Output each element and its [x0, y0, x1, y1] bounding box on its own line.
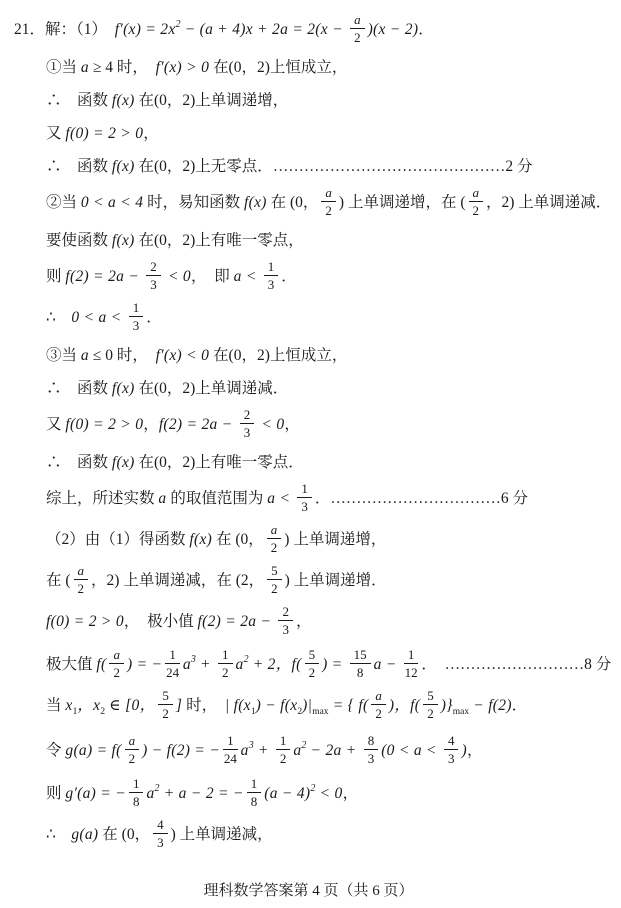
text-run: ，: [143, 416, 159, 433]
fraction-numerator: a: [371, 688, 386, 705]
fraction: 13: [129, 300, 144, 333]
math-run: x: [65, 697, 72, 714]
dotted-leader: ………………………………………: [273, 158, 506, 175]
fraction-denominator: 8: [251, 793, 258, 809]
math-run: g(a): [71, 826, 98, 843]
fraction: a2: [371, 688, 386, 721]
fraction-numerator: 5: [305, 647, 320, 664]
text-run: 在(0，2)上单调递增，: [135, 92, 289, 109]
math-run: a: [81, 347, 89, 364]
math-run: + 2，f(: [249, 656, 302, 673]
math-run: ，x: [77, 697, 100, 714]
fraction: a2: [350, 12, 365, 45]
fraction: 83: [364, 733, 379, 766]
fraction: 43: [153, 817, 168, 850]
text-run: ②当: [46, 194, 81, 211]
math-run: )(x − 2): [368, 21, 419, 38]
text-run: ．: [512, 697, 528, 714]
math-run: f(x): [112, 232, 135, 249]
text-run: 8 分: [584, 656, 611, 673]
math-run: ) =: [322, 656, 347, 673]
fraction: 12: [218, 647, 233, 680]
fraction: 23: [240, 407, 255, 440]
fraction: 12: [276, 733, 291, 766]
text-run: （2）由（1）得函数: [46, 531, 189, 548]
fraction-denominator: 3: [244, 424, 251, 440]
fraction-denominator: 2: [129, 750, 136, 766]
fraction: 18: [247, 776, 262, 809]
fraction-denominator: 3: [301, 498, 308, 514]
solution-line-19: 当 x1，x2 ∈ [0，52] 时， | f(x1) − f(x2)|max …: [46, 690, 603, 725]
fraction-numerator: a: [109, 647, 124, 664]
fraction-numerator: 1: [223, 733, 238, 750]
text-run: 综上，所述实数: [46, 490, 158, 507]
text-run: 6 分: [501, 490, 528, 507]
solution-line-17: f(0) = 2 > 0， 极小值 f(2) = 2a − 23，: [46, 606, 603, 639]
fraction-numerator: a: [74, 563, 89, 580]
solution-line-15: （2）由（1）得函数 f(x) 在 (0，a2) 上单调递增，: [46, 524, 603, 557]
fraction-denominator: 2: [325, 202, 332, 218]
fraction: 18: [129, 776, 144, 809]
fraction: a2: [469, 185, 484, 218]
fraction-numerator: 8: [364, 733, 379, 750]
text-run: ．: [281, 268, 297, 285]
fraction: a2: [267, 522, 282, 555]
fraction: 43: [444, 733, 459, 766]
fraction-numerator: 1: [129, 776, 144, 793]
math-run: f(0) = 2 > 0: [46, 613, 124, 630]
text-run: ， 极小值: [124, 613, 198, 630]
dotted-leader: ……………………………: [330, 490, 501, 507]
fraction-denominator: 2: [162, 705, 169, 721]
math-run: ) = −: [127, 656, 162, 673]
fraction: 112: [404, 647, 419, 680]
math-run: a <: [267, 490, 294, 507]
text-run: ，: [143, 125, 159, 142]
fraction-denominator: 2: [78, 580, 85, 596]
math-run: f(: [96, 656, 106, 673]
fraction-denominator: 2: [309, 664, 316, 680]
text-run: ③当: [46, 347, 81, 364]
fraction-denominator: 2: [222, 664, 229, 680]
math-run: f(x): [189, 531, 212, 548]
math-run: < 0: [257, 416, 284, 433]
fraction-denominator: 24: [166, 664, 179, 680]
text-run: 在(0，2)上单调递减．: [135, 380, 289, 397]
fraction-numerator: 1: [404, 647, 419, 664]
fraction-numerator: 5: [423, 688, 438, 705]
fraction-numerator: 2: [240, 407, 255, 424]
text-run: ．: [421, 656, 444, 673]
text-run: ∴ 函数: [46, 158, 112, 175]
fraction-numerator: a: [350, 12, 365, 29]
text-run: 又: [46, 125, 65, 142]
math-run: f′(x) = 2x: [115, 21, 176, 38]
math-run: a: [81, 59, 89, 76]
fraction: 13: [264, 259, 279, 292]
solution-line-21: 则 g′(a) = −18a2 + a − 2 = −18(a − 4)2 < …: [46, 776, 603, 811]
math-run: − (a + 4)x + 2a = 2(x −: [181, 21, 348, 38]
math-run: a: [241, 742, 249, 759]
fraction-denominator: 2: [271, 539, 278, 555]
fraction-denominator: 3: [133, 317, 140, 333]
fraction-numerator: 5: [158, 688, 173, 705]
text-run: ，: [284, 416, 300, 433]
text-run: ≤ 0 时，: [89, 347, 156, 364]
text-run: 令: [46, 742, 65, 759]
fraction-denominator: 2: [473, 202, 480, 218]
solution-line-3: ∴ 函数 f(x) 在(0，2)上单调递增，: [46, 88, 603, 113]
fraction-denominator: 2: [280, 750, 287, 766]
solution-line-13: ∴ 函数 f(x) 在(0，2)上有唯一零点．: [46, 450, 603, 475]
math-run: )，f(: [389, 697, 420, 714]
fraction-numerator: 1: [165, 647, 180, 664]
text-run: ∴: [46, 309, 71, 326]
solution-line-1: 21．解：（1） f′(x) = 2x2 − (a + 4)x + 2a = 2…: [14, 12, 603, 47]
solution-line-18: 极大值 f(a2) = −124a3 + 12a2 + 2，f(52) = 15…: [46, 647, 603, 682]
fraction: a2: [74, 563, 89, 596]
math-run: − f(2): [469, 697, 512, 714]
text-run: ∴: [46, 826, 71, 843]
text-run: 在(0，2)上恒成立，: [209, 59, 347, 76]
fraction: 52: [423, 688, 438, 721]
solution-line-8: 则 f(2) = 2a − 23 < 0， 即 a < 13．: [46, 261, 603, 294]
text-run: 时，: [182, 697, 225, 714]
math-run: +: [196, 656, 215, 673]
math-run: a: [146, 785, 154, 802]
fraction: 52: [305, 647, 320, 680]
solution-line-11: ∴ 函数 f(x) 在(0，2)上单调递减．: [46, 376, 603, 401]
fraction-numerator: a: [125, 733, 140, 750]
fraction-denominator: 3: [282, 621, 289, 637]
fraction: 158: [350, 647, 371, 680]
text-run: ．: [418, 21, 434, 38]
math-run: +: [254, 742, 273, 759]
text-run: ．: [146, 309, 162, 326]
solution-line-5: ∴ 函数 f(x) 在(0，2)上无零点．………………………………………2 分: [46, 154, 603, 179]
fraction-denominator: 3: [268, 276, 275, 292]
text-run: 则: [46, 268, 65, 285]
fraction-denominator: 8: [133, 793, 140, 809]
text-run: 极大值: [46, 656, 96, 673]
fraction: a2: [321, 185, 336, 218]
solution-line-16: 在 (a2，2) 上单调递减，在 (2，52) 上单调递增．: [46, 565, 603, 598]
fraction-denominator: 12: [405, 664, 418, 680]
fraction: 52: [267, 563, 282, 596]
solution-lines: 21．解：（1） f′(x) = 2x2 − (a + 4)x + 2a = 2…: [14, 12, 603, 879]
fraction: 52: [158, 688, 173, 721]
math-run: )}: [441, 697, 453, 714]
fraction-denominator: 24: [224, 750, 237, 766]
answer-page: 21．解：（1） f′(x) = 2x2 − (a + 4)x + 2a = 2…: [0, 0, 621, 908]
fraction: 23: [146, 259, 161, 292]
fraction-numerator: 1: [129, 300, 144, 317]
math-run: f(x): [112, 454, 135, 471]
fraction-denominator: 2: [375, 705, 382, 721]
math-run: f(0) = 2 > 0: [65, 125, 143, 142]
fraction-numerator: 1: [297, 481, 312, 498]
fraction: a2: [125, 733, 140, 766]
text-run: ) 上单调递减，: [171, 826, 273, 843]
fraction-denominator: 8: [357, 664, 364, 680]
text-run: ，: [343, 785, 359, 802]
math-run: f(x): [112, 158, 135, 175]
solution-line-22: ∴ g(a) 在 (0，43) 上单调递减，: [46, 819, 603, 852]
fraction-numerator: 2: [278, 604, 293, 621]
fraction: 13: [297, 481, 312, 514]
math-run: f(2) = 2a −: [159, 416, 237, 433]
fraction-numerator: a: [267, 522, 282, 539]
math-run: f(x): [244, 194, 267, 211]
solution-line-10: ③当 a ≤ 0 时， f′(x) < 0 在(0，2)上恒成立，: [46, 343, 603, 368]
math-run: ) − f(x: [256, 697, 298, 714]
text-run: 时，易知函数: [143, 194, 244, 211]
subscript: max: [453, 707, 469, 717]
text-run: 当: [46, 697, 65, 714]
text-run: 在(0，2)上有唯一零点，: [135, 232, 304, 249]
math-run: < 0: [315, 785, 342, 802]
fraction-numerator: a: [321, 185, 336, 202]
math-run: )|: [302, 697, 312, 714]
fraction-numerator: a: [469, 185, 484, 202]
math-run: f(0) = 2 > 0: [65, 416, 143, 433]
fraction-numerator: 4: [153, 817, 168, 834]
text-run: ①当: [46, 59, 81, 76]
text-run: 在 (: [46, 572, 71, 589]
math-run: 0 < a < 4: [81, 194, 143, 211]
math-run: | f(x: [225, 697, 251, 714]
text-run: ，: [467, 742, 483, 759]
fraction-numerator: 1: [247, 776, 262, 793]
solution-line-12: 又 f(0) = 2 > 0，f(2) = 2a − 23 < 0，: [46, 409, 603, 442]
fraction-denominator: 2: [271, 580, 278, 596]
text-run: 在 (0，: [267, 194, 319, 211]
math-run: f(2) = 2a −: [198, 613, 276, 630]
page-footer: 理科数学答案第 4 页（共 6 页）: [14, 879, 603, 902]
text-run: ，2) 上单调递减，在 (2，: [91, 572, 264, 589]
fraction: 124: [223, 733, 238, 766]
fraction-numerator: 15: [350, 647, 371, 664]
math-run: ∈ [0，: [105, 697, 155, 714]
solution-line-14: 综上，所述实数 a 的取值范围为 a < 13．……………………………6 分: [46, 483, 603, 516]
text-run: 又: [46, 416, 65, 433]
fraction: 124: [165, 647, 180, 680]
math-run: f(2) = 2a −: [65, 268, 143, 285]
text-run: ．: [315, 490, 331, 507]
text-run: ， 即: [191, 268, 234, 285]
fraction-numerator: 1: [276, 733, 291, 750]
text-run: 在 (0，: [212, 531, 264, 548]
math-run: 0 < a <: [71, 309, 125, 326]
fraction-numerator: 1: [218, 647, 233, 664]
fraction-numerator: 1: [264, 259, 279, 276]
solution-line-20: 令 g(a) = f(a2) − f(2) = −124a3 + 12a2 − …: [46, 733, 603, 768]
text-run: 的取值范围为: [166, 490, 267, 507]
text-run: 21．解：（1）: [14, 21, 115, 38]
text-run: ) 上单调递增．: [285, 572, 387, 589]
text-run: ) 上单调递增，在 (: [339, 194, 466, 211]
math-run: − 2a +: [306, 742, 360, 759]
text-run: 在(0，2)上有唯一零点．: [135, 454, 304, 471]
text-run: ∴ 函数: [46, 380, 112, 397]
math-run: ) − f(2) = −: [142, 742, 220, 759]
math-run: g(a) = f(: [65, 742, 121, 759]
text-run: ∴ 函数: [46, 92, 112, 109]
fraction: 23: [278, 604, 293, 637]
text-run: ，: [296, 613, 312, 630]
text-run: 则: [46, 785, 65, 802]
math-run: a <: [234, 268, 261, 285]
dotted-leader: ………………………: [445, 656, 585, 673]
text-run: ，2) 上单调递减．: [486, 194, 611, 211]
fraction-denominator: 3: [448, 750, 455, 766]
math-run: f(x): [112, 380, 135, 397]
solution-line-7: 要使函数 f(x) 在(0，2)上有唯一零点，: [46, 228, 603, 253]
subscript: max: [312, 707, 328, 717]
fraction-numerator: 4: [444, 733, 459, 750]
fraction-denominator: 2: [113, 664, 120, 680]
fraction: a2: [109, 647, 124, 680]
text-run: ≥ 4 时，: [89, 59, 156, 76]
text-run: ) 上单调递增，: [284, 531, 386, 548]
solution-line-4: 又 f(0) = 2 > 0，: [46, 121, 603, 146]
fraction-numerator: 5: [267, 563, 282, 580]
text-run: 在 (0，: [98, 826, 150, 843]
solution-line-6: ②当 0 < a < 4 时，易知函数 f(x) 在 (0，a2) 上单调递增，…: [46, 187, 603, 220]
fraction-denominator: 3: [150, 276, 157, 292]
text-run: ∴ 函数: [46, 454, 112, 471]
fraction-denominator: 3: [157, 834, 164, 850]
math-run: (0 < a <: [381, 742, 441, 759]
math-run: f′(x) > 0: [156, 59, 210, 76]
text-run: 在(0，2)上无零点．: [135, 158, 273, 175]
fraction-denominator: 3: [368, 750, 375, 766]
math-run: < 0: [164, 268, 191, 285]
fraction-denominator: 2: [427, 705, 434, 721]
math-run: + a − 2 = −: [160, 785, 244, 802]
solution-line-2: ①当 a ≥ 4 时， f′(x) > 0 在(0，2)上恒成立，: [46, 55, 603, 80]
math-run: a −: [374, 656, 401, 673]
math-run: a: [236, 656, 244, 673]
math-run: a: [183, 656, 191, 673]
solution-line-9: ∴ 0 < a < 13．: [46, 302, 603, 335]
math-run: f(x): [112, 92, 135, 109]
math-run: = { f(: [329, 697, 369, 714]
fraction-numerator: 2: [146, 259, 161, 276]
math-run: f′(x) < 0: [156, 347, 210, 364]
math-run: g′(a) = −: [65, 785, 126, 802]
fraction-denominator: 2: [354, 29, 361, 45]
text-run: 在(0，2)上恒成立，: [209, 347, 347, 364]
text-run: 要使函数: [46, 232, 112, 249]
text-run: 2 分: [505, 158, 532, 175]
math-run: (a − 4): [264, 785, 310, 802]
